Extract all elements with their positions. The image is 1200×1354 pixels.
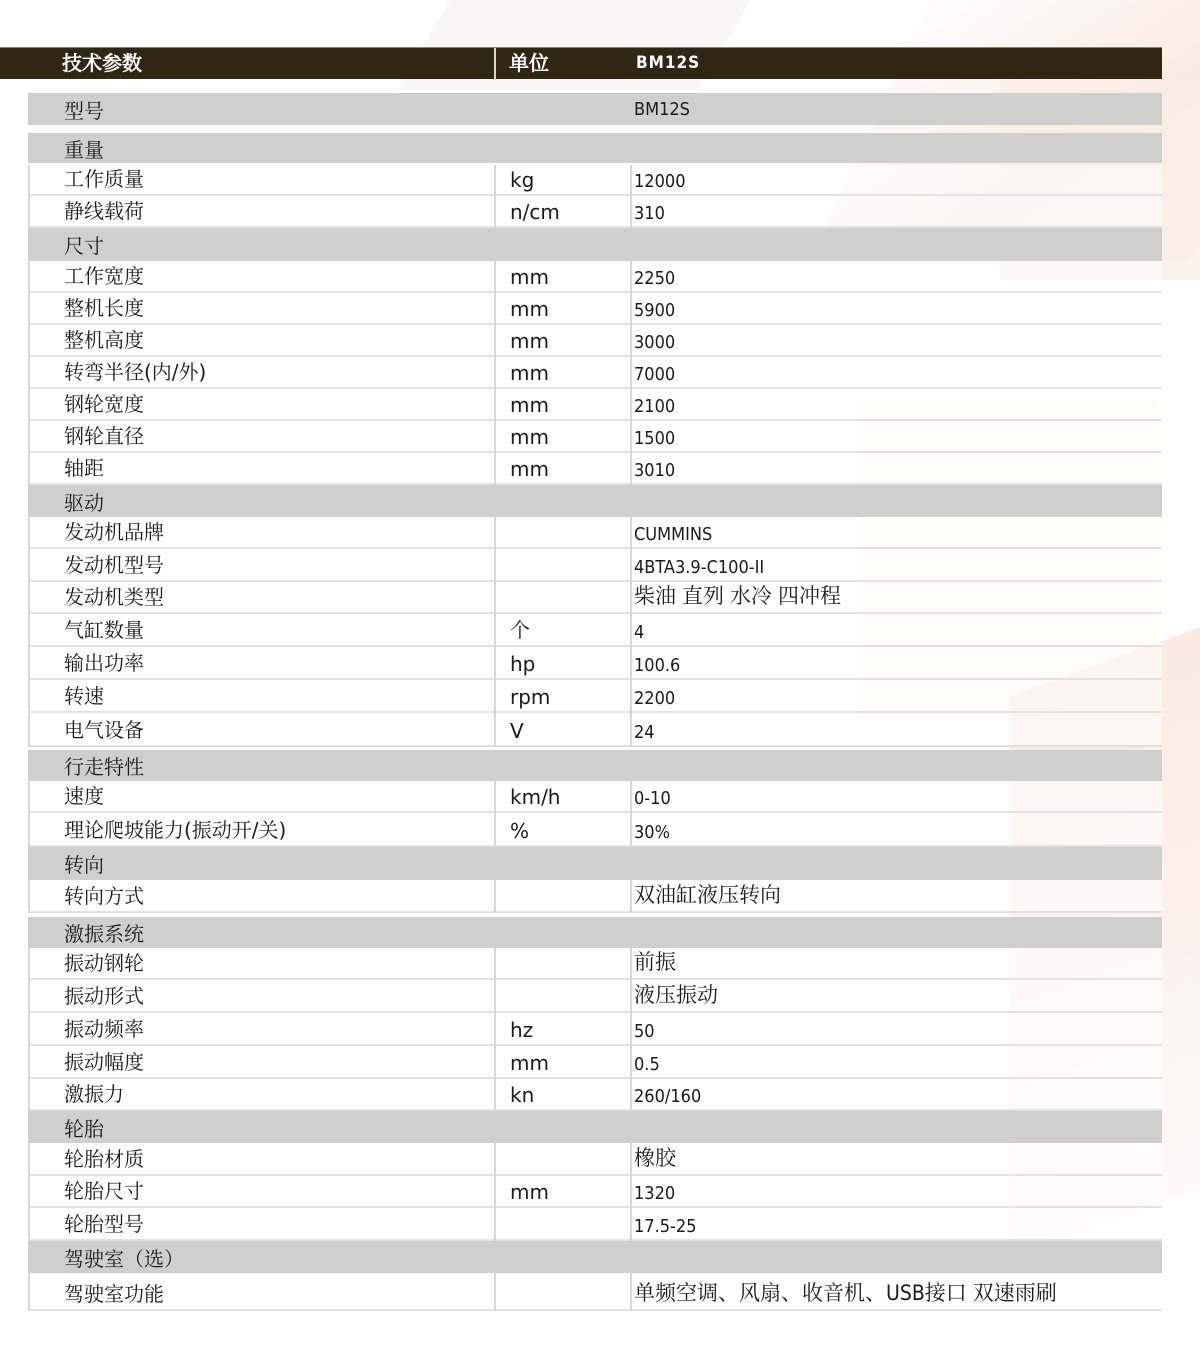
column-divider [630,453,632,485]
column-divider [28,647,30,680]
column-divider [494,781,496,813]
column-divider [28,1079,30,1111]
spec-row: 输出功率hp100.6 [28,647,1162,680]
column-divider [630,647,632,680]
param-value: 5900 [634,293,675,323]
column-divider [630,517,632,549]
spec-row: 钢轮宽度mm2100 [28,389,1162,421]
column-divider [494,357,496,389]
column-divider [494,980,496,1013]
param-name: 理论爬坡能力(振动开/关) [64,813,286,845]
section-header-row: 转向 [28,847,1162,880]
column-divider [494,1208,496,1241]
param-unit: mm [510,389,549,419]
spec-row: 静线载荷n/cm310 [28,196,1162,228]
param-value: 前振 [634,948,676,978]
param-unit: 个 [510,614,530,645]
param-name: 电气设备 [64,713,144,745]
column-divider [28,614,30,647]
spec-row: 钢轮直径mm1500 [28,421,1162,453]
column-divider [494,1143,496,1176]
column-divider [494,1273,496,1311]
spec-row: 轮胎尺寸mm1320 [28,1176,1162,1208]
spec-row: 电气设备V24 [28,713,1162,747]
param-value: 12000 [634,165,686,194]
spec-row: 轮胎型号17.5-25 [28,1208,1162,1241]
spec-row: 理论爬坡能力(振动开/关)%30% [28,813,1162,847]
column-divider [28,1273,30,1311]
param-name: 轴距 [64,453,104,483]
param-value: 4BTA3.9-C100-II [634,549,764,580]
column-divider [630,614,632,647]
param-name: 轮胎型号 [64,1208,144,1239]
param-value: 310 [634,196,665,226]
param-name: 发动机型号 [64,549,164,580]
spec-row: 振动频率hz50 [28,1013,1162,1046]
column-divider [630,1208,632,1241]
column-divider [28,357,30,389]
param-name: 钢轮直径 [64,421,144,451]
column-divider [28,1176,30,1208]
param-unit: mm [510,453,549,483]
column-divider [630,813,632,847]
param-unit: V [510,713,524,745]
param-value: 2250 [634,261,675,291]
param-name: 转速 [64,680,104,711]
column-divider [630,1143,632,1176]
column-divider [28,517,30,549]
param-value: 1500 [634,421,675,451]
section-header-row: 驾驶室（选） [28,1241,1162,1273]
param-unit: km/h [510,781,560,811]
spec-row: 振动幅度mm0.5 [28,1046,1162,1079]
column-divider [630,781,632,813]
column-divider [494,325,496,357]
column-divider [630,1013,632,1046]
column-divider [28,196,30,228]
column-divider [630,980,632,1013]
column-divider [494,196,496,228]
column-divider [494,1176,496,1208]
column-divider [28,781,30,813]
param-value: 3010 [634,453,675,483]
param-name: 发动机类型 [64,582,164,612]
param-name: 气缸数量 [64,614,144,645]
param-name: 整机高度 [64,325,144,355]
column-divider [630,680,632,713]
header-param-label: 技术参数 [62,48,142,79]
param-unit: kg [510,165,534,194]
column-divider [494,880,496,913]
section-header-row: 驱动 [28,485,1162,517]
column-divider [630,1079,632,1111]
param-value: 0.5 [634,1046,660,1077]
section-title: 驾驶室（选） [64,1241,184,1273]
spec-row: 工作宽度mm2250 [28,261,1162,293]
column-divider [630,421,632,453]
spec-row: 整机长度mm5900 [28,293,1162,325]
spec-row: 整机高度mm3000 [28,325,1162,357]
param-name: 振动形式 [64,980,144,1011]
spec-row: 发动机品牌CUMMINS [28,517,1162,549]
column-divider [630,948,632,980]
spec-row: 气缸数量个4 [28,614,1162,647]
param-name: 轮胎材质 [64,1143,144,1174]
param-unit: mm [510,1176,549,1206]
column-divider [630,196,632,228]
column-divider [28,1013,30,1046]
param-name: 振动频率 [64,1013,144,1044]
column-divider [494,517,496,549]
param-value: 0-10 [634,781,671,811]
section-title: 重量 [64,133,104,163]
column-divider [494,680,496,713]
column-divider [630,549,632,582]
param-unit: kn [510,1079,534,1109]
column-divider [630,165,632,196]
param-unit: n/cm [510,196,560,226]
column-divider [630,293,632,325]
param-value: 24 [634,713,655,745]
column-divider [28,421,30,453]
column-divider [494,261,496,293]
param-unit: mm [510,421,549,451]
column-divider [494,948,496,980]
param-unit: mm [510,293,549,323]
param-value: 50 [634,1013,655,1044]
param-unit: hz [510,1013,533,1044]
param-unit: mm [510,1046,549,1077]
section-header-row: 行走特性 [28,750,1162,781]
column-divider [494,1079,496,1111]
spec-row: 工作质量kg12000 [28,165,1162,196]
header-model-label: BM12S [636,48,700,79]
param-unit: mm [510,357,549,387]
param-value: 30% [634,813,670,845]
column-divider [494,1046,496,1079]
column-divider [28,713,30,747]
column-divider [28,680,30,713]
param-value: 3000 [634,325,675,355]
param-value: 260/160 [634,1079,701,1109]
param-unit: mm [510,325,549,355]
spec-row: 转向方式双油缸液压转向 [28,880,1162,913]
column-divider [28,880,30,913]
spec-row: 轴距mm3010 [28,453,1162,485]
header-unit-label: 单位 [509,48,549,79]
column-divider [28,325,30,357]
column-divider [494,421,496,453]
spec-row: 转速rpm2200 [28,680,1162,713]
param-value: CUMMINS [634,517,712,547]
column-divider [630,1273,632,1311]
param-name: 振动幅度 [64,1046,144,1077]
column-divider [494,614,496,647]
column-divider [494,293,496,325]
section-header-row: 轮胎 [28,1111,1162,1143]
column-divider [28,980,30,1013]
param-name: 驾驶室功能 [64,1273,164,1309]
column-divider [630,357,632,389]
column-divider [494,582,496,614]
column-divider [494,713,496,747]
spec-row: 驾驶室功能单频空调、风扇、收音机、USB接口 双速雨刷 [28,1273,1162,1311]
section-header-row: 型号BM12S [28,93,1162,125]
param-name: 振动钢轮 [64,948,144,978]
param-name: 静线载荷 [64,196,144,226]
column-divider [28,389,30,421]
spec-row: 振动钢轮前振 [28,948,1162,980]
param-value: 4 [634,614,644,645]
param-name: 转弯半径(内/外) [64,357,206,387]
column-divider [28,261,30,293]
column-divider [28,1208,30,1241]
column-divider [630,880,632,913]
param-value: 17.5-25 [634,1208,697,1239]
param-value: BM12S [634,93,690,125]
param-unit: rpm [510,680,550,711]
section-title: 型号 [64,93,104,125]
header-divider [494,48,496,79]
param-name: 工作宽度 [64,261,144,291]
column-divider [28,549,30,582]
section-header-row: 重量 [28,133,1162,163]
column-divider [630,325,632,357]
spec-row: 发动机类型柴油 直列 水冷 四冲程 [28,582,1162,614]
spec-row: 发动机型号4BTA3.9-C100-II [28,549,1162,582]
spec-table-header: 技术参数 单位 BM12S [0,47,1162,79]
param-name: 速度 [64,781,104,811]
column-divider [28,948,30,980]
section-title: 轮胎 [64,1111,104,1143]
section-title: 转向 [64,847,104,880]
section-header-row: 尺寸 [28,228,1162,261]
column-divider [28,1143,30,1176]
column-divider [494,453,496,485]
section-title: 激振系统 [64,917,144,948]
spec-row: 轮胎材质橡胶 [28,1143,1162,1176]
param-unit: hp [510,647,535,678]
param-unit: % [510,813,529,845]
param-name: 激振力 [64,1079,124,1109]
spec-row: 振动形式液压振动 [28,980,1162,1013]
param-unit: mm [510,261,549,291]
section-header-row: 激振系统 [28,917,1162,948]
spec-row: 转弯半径(内/外)mm7000 [28,357,1162,389]
column-divider [630,582,632,614]
column-divider [28,582,30,614]
column-divider [494,549,496,582]
spec-row: 激振力kn260/160 [28,1079,1162,1111]
column-divider [630,389,632,421]
param-value: 双油缸液压转向 [634,880,781,911]
param-value: 2100 [634,389,675,419]
param-name: 钢轮宽度 [64,389,144,419]
param-name: 轮胎尺寸 [64,1176,144,1206]
column-divider [28,165,30,196]
column-divider [494,813,496,847]
spec-row: 速度km/h0-10 [28,781,1162,813]
column-divider [630,261,632,293]
param-name: 工作质量 [64,165,144,194]
param-name: 整机长度 [64,293,144,323]
column-divider [494,1013,496,1046]
column-divider [28,1046,30,1079]
column-divider [494,165,496,196]
param-name: 输出功率 [64,647,144,678]
param-value: 液压振动 [634,980,718,1011]
section-title: 驱动 [64,485,104,517]
column-divider [494,647,496,680]
section-title: 尺寸 [64,228,104,261]
column-divider [630,1046,632,1079]
column-divider [494,389,496,421]
column-divider [28,453,30,485]
param-value: 橡胶 [634,1143,676,1174]
column-divider [28,293,30,325]
column-divider [28,813,30,847]
param-value: 100.6 [634,647,680,678]
param-name: 转向方式 [64,880,144,911]
section-title: 行走特性 [64,750,144,781]
column-divider [630,1176,632,1208]
param-value: 7000 [634,357,675,387]
param-value: 2200 [634,680,675,711]
param-value: 单频空调、风扇、收音机、USB接口 双速雨刷 [634,1273,1057,1309]
param-value: 1320 [634,1176,675,1206]
param-value: 柴油 直列 水冷 四冲程 [634,582,841,612]
param-name: 发动机品牌 [64,517,164,547]
column-divider [630,713,632,747]
